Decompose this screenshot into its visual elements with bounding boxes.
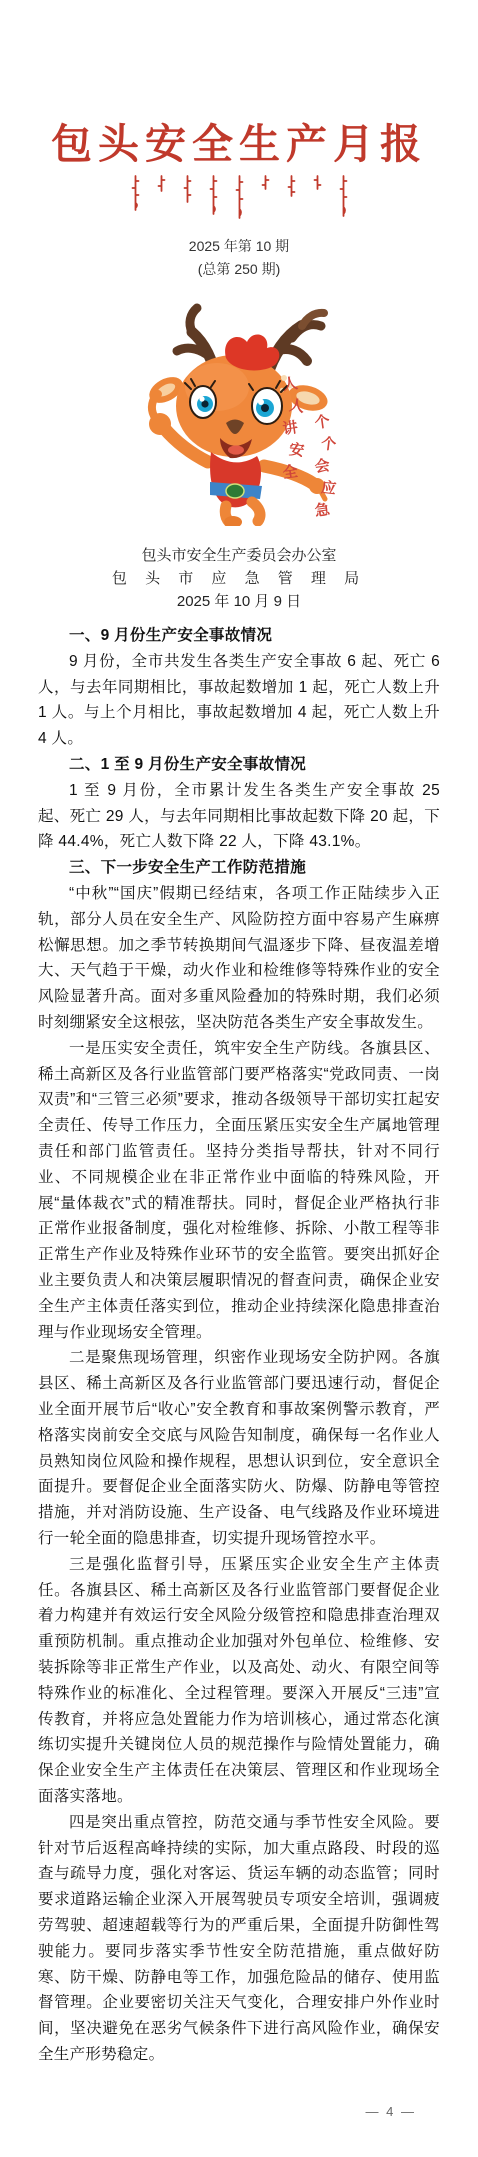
body-paragraph: 1 至 9 月份，全市累计发生各类生产安全事故 25 起、死亡 29 人，与去年… [38, 778, 440, 855]
publisher-office: 包头市安全生产委员会办公室 [0, 544, 478, 567]
slogan-character: 应 [320, 481, 337, 498]
section-heading: 三、下一步安全生产工作防范措施 [38, 855, 440, 881]
body-paragraph: 三是强化监督引导，压紧压实企业安全生产主体责任。各旗县区、稀土高新区及各行业监管… [38, 1552, 440, 1810]
section-heading: 一、9 月份生产安全事故情况 [38, 623, 440, 649]
slogan-character: 全 [282, 465, 299, 482]
body-paragraph: 四是突出重点管控，防范交通与季节性安全风险。要针对节后返程高峰持续的实际，加大重… [38, 1810, 440, 2068]
body-paragraph: 二是聚焦现场管理，织密作业现场安全防护网。各旗县区、稀土高新区及各行业监管部门要… [38, 1345, 440, 1551]
slogan-character: 人 [288, 399, 305, 416]
slogan-character: 个 [320, 437, 337, 454]
mongolian-script-row [0, 175, 478, 221]
publish-date: 2025 年 10 月 9 日 [0, 590, 478, 613]
mongolian-glyph-icon [235, 175, 244, 219]
page-title: 包头安全生产月报 [0, 122, 478, 167]
monthly-report-page: 包头安全生产月报 2025 年第 10 期 (总第 250 期) [0, 0, 478, 2157]
issue-total: (总第 250 期) [0, 258, 478, 280]
slogan-character: 个 [314, 415, 331, 432]
issue-number: 2025 年第 10 期 [0, 235, 478, 257]
mongolian-glyph-icon [313, 175, 322, 190]
body-paragraph: 一是压实安全责任，筑牢安全生产防线。各旗县区、稀土高新区及各行业监管部门要严格落… [38, 1036, 440, 1346]
slogan-character: 会 [314, 459, 331, 476]
mongolian-glyph-icon [339, 175, 348, 217]
body-paragraph: “中秋”“国庆”假期已经结束，各项工作正陆续步入正轨，部分人员在安全生产、风险防… [38, 881, 440, 1036]
slogan-character: 讲 [282, 421, 299, 438]
publisher-block: 包头市安全生产委员会办公室 包 头 市 应 急 管 理 局 2025 年 10 … [0, 544, 478, 613]
publisher-bureau: 包 头 市 应 急 管 理 局 [0, 567, 478, 590]
mascot-figure: 人人讲安全 个个会应急 [114, 286, 364, 526]
body-paragraph: 9 月份，全市共发生各类生产安全事故 6 起、死亡 6 人，与去年同期相比，事故… [38, 649, 440, 752]
mongolian-glyph-icon [261, 175, 270, 190]
report-body: 一、9 月份生产安全事故情况9 月份，全市共发生各类生产安全事故 6 起、死亡 … [38, 623, 440, 2068]
issue-info: 2025 年第 10 期 (总第 250 期) [0, 235, 478, 280]
masthead: 包头安全生产月报 2025 年第 10 期 (总第 250 期) [0, 0, 478, 280]
mongolian-glyph-icon [131, 175, 140, 211]
section-heading: 二、1 至 9 月份生产安全事故情况 [38, 752, 440, 778]
mongolian-glyph-icon [287, 175, 296, 197]
slogan-left: 人人讲安全 [286, 378, 301, 481]
mongolian-glyph-icon [157, 175, 166, 192]
slogan-character: 急 [314, 503, 331, 520]
slogan-character: 人 [282, 377, 299, 394]
page-number: — 4 — [366, 2104, 416, 2119]
slogan-right: 个个会应急 [318, 416, 333, 519]
mongolian-glyph-icon [209, 175, 218, 215]
mongolian-glyph-icon [183, 175, 192, 203]
slogan-character: 安 [288, 443, 305, 460]
